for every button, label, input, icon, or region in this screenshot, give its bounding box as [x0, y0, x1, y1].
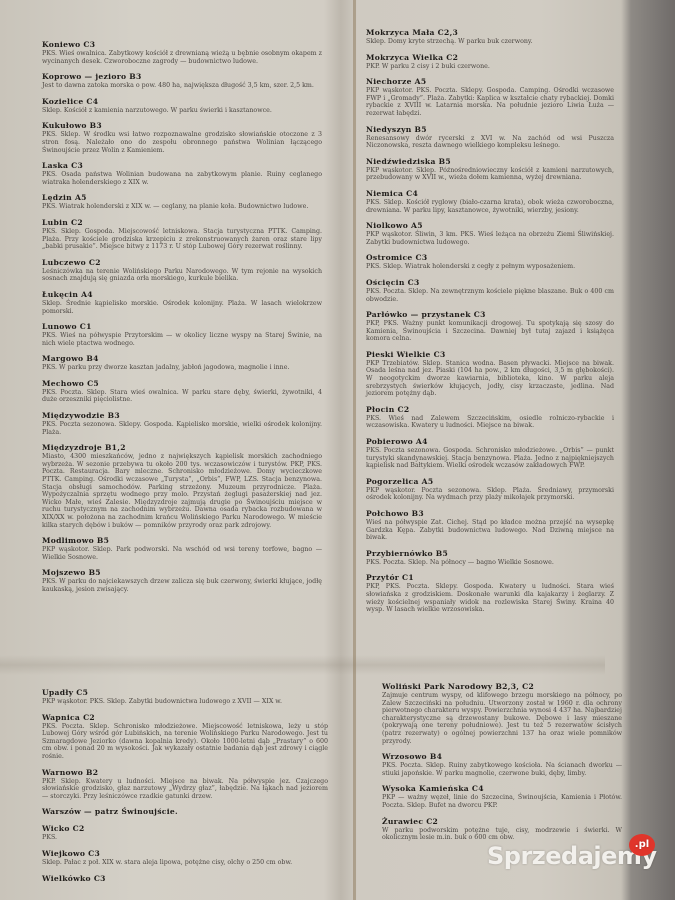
entry-place-name: Wapnica C2 [42, 713, 328, 723]
gazetteer-entry: Modlimowo B5PKP wąskotor. Sklep. Park po… [42, 536, 322, 561]
gazetteer-entry: Parłówko — przystanek C3PKP, PKS. Ważny … [366, 310, 614, 343]
gazetteer-entry: Lunowo C1PKS. Wieś na półwyspie Przytors… [42, 322, 322, 347]
entry-place-name: Mokrzyca Mała C2,3 [366, 28, 614, 38]
entry-description: PKS. Sklep. Wiatrak holenderski z cegły … [366, 263, 614, 271]
entry-place-name: Mokrzyca Wielka C2 [366, 53, 614, 63]
entry-place-name: Kozielice C4 [42, 97, 322, 107]
entry-place-name: Niechorze A5 [366, 77, 614, 87]
gazetteer-column-left-bottom: Upadły C5PKP wąskotor. PKS. Sklep. Zabyt… [42, 688, 328, 891]
entry-description: PKS. Wieś owalnica. Zabytkowy kościół z … [42, 50, 322, 65]
entry-description: PKS. Poczta sezonowa. Gospoda. Schronisk… [366, 447, 614, 470]
gazetteer-entry: Międzywodzie B3PKS. Poczta sezonowa. Skl… [42, 411, 322, 436]
gazetteer-entry: Kozielice C4Sklep. Kościół z kamienia na… [42, 97, 322, 115]
entry-description: PKS. Sklep. Gospoda. Miejscowość letnisk… [42, 228, 322, 251]
entry-place-name: Wicko C2 [42, 824, 328, 834]
gazetteer-entry: Pieski Wielkie C3PKP Trzebiatów. Sklep. … [366, 350, 614, 398]
entry-description: PKP wąskotor. PKS. Sklep. Zabytki budown… [42, 698, 328, 706]
entry-place-name: Warszów — patrz Świnoujście. [42, 807, 328, 817]
entry-description: PKP. W parku 2 cisy i 2 buki czerwone. [366, 63, 614, 71]
gazetteer-entry: Niemica C4PKS. Sklep. Kościół ryglowy (b… [366, 189, 614, 214]
entry-description: PKP wąskotor. Sklep. Późnośredniowieczny… [366, 167, 614, 182]
horizontal-fold-line [0, 655, 605, 675]
entry-place-name: Modlimowo B5 [42, 536, 322, 546]
entry-description: PKP wąskotor. Sklep. Park podworski. Na … [42, 546, 322, 561]
entry-place-name: Margowo B4 [42, 354, 322, 364]
entry-description: Sklep. Pałac z poł. XIX w. stara aleja l… [42, 859, 328, 867]
gazetteer-entry: Woliński Park Narodowy B2,3, C2Zajmuje c… [382, 682, 622, 745]
gazetteer-entry: Pogorzelica A5PKP wąskotor. Poczta sezon… [366, 477, 614, 502]
entry-place-name: Niedyszyn B5 [366, 125, 614, 135]
gazetteer-entry: Międzyzdroje B1,2Miasto, 4300 mieszkańcó… [42, 443, 322, 529]
gazetteer-entry: Niolkowo A5PKP wąskotor. Śliwin, 3 km. P… [366, 221, 614, 246]
entry-place-name: Wiejkowo C3 [42, 849, 328, 859]
entry-description: PKP — ważny węzeł, linie do Szczecina, Ś… [382, 794, 622, 809]
gazetteer-entry: Lubczewo C2Leśniczówka na terenie Wolińs… [42, 258, 322, 283]
watermark-badge: .pl [629, 834, 655, 856]
entry-description: PKS. Wieś nad Zalewem Szczecińskim, osie… [366, 415, 614, 430]
gazetteer-column-right-bottom: Woliński Park Narodowy B2,3, C2Zajmuje c… [382, 682, 622, 849]
entry-place-name: Parłówko — przystanek C3 [366, 310, 614, 320]
entry-place-name: Przybiernówko B5 [366, 549, 614, 559]
entry-description: PKS. Poczta sezonowa. Sklepy. Gospoda. K… [42, 421, 322, 436]
entry-place-name: Lubczewo C2 [42, 258, 322, 268]
gazetteer-column-left-top: Koniewo C3PKS. Wieś owalnica. Zabytkowy … [42, 40, 322, 601]
gazetteer-entry: Żurawiec C2W parku podworskim potężne tu… [382, 817, 622, 842]
gazetteer-entry: Margowo B4PKS. W parku przy dworze kaszt… [42, 354, 322, 372]
gazetteer-entry: Mojszewo B5PKS. W parku do najciekawszyc… [42, 568, 322, 593]
gazetteer-entry: Upadły C5PKP wąskotor. PKS. Sklep. Zabyt… [42, 688, 328, 706]
entry-place-name: Koniewo C3 [42, 40, 322, 50]
gazetteer-entry: Koprowo — jezioro B3Jest to dawna zatoka… [42, 72, 322, 90]
gazetteer-entry: Laska C3PKS. Osada państwa Wolinian budo… [42, 161, 322, 186]
entry-description: Leśniczówka na terenie Wolińskiego Parku… [42, 268, 322, 283]
entry-place-name: Płocin C2 [366, 405, 614, 415]
entry-place-name: Laska C3 [42, 161, 322, 171]
entry-place-name: Niemica C4 [366, 189, 614, 199]
entry-description: PKS. Sklep. Kościół ryglowy (biało-czarn… [366, 199, 614, 214]
gazetteer-entry: Wrzosowo B4PKS. Poczta. Sklep. Ruiny zab… [382, 752, 622, 777]
entry-place-name: Międzyzdroje B1,2 [42, 443, 322, 453]
gazetteer-entry: Połchowo B3Wieś na półwyspie Zat. Cichej… [366, 509, 614, 542]
entry-place-name: Kukułowo B3 [42, 121, 322, 131]
gazetteer-entry: Wicko C2PKS. [42, 824, 328, 842]
gazetteer-entry: Wapnica C2PKS. Poczta. Sklep. Schronisko… [42, 713, 328, 761]
vertical-fold-line [353, 0, 356, 900]
entry-place-name: Wysoka Kamieńska C4 [382, 784, 622, 794]
entry-description: Wieś na półwyspie Zat. Cichej. Stąd po k… [366, 519, 614, 542]
entry-description: PKS. [42, 834, 328, 842]
entry-description: PKS. Poczta. Sklep. Stara wieś owalnica.… [42, 389, 322, 404]
gazetteer-entry: Ostromice C3PKS. Sklep. Wiatrak holender… [366, 253, 614, 271]
gazetteer-entry: Mokrzyca Wielka C2PKP. W parku 2 cisy i … [366, 53, 614, 71]
entry-description: PKS. Poczta. Sklep. Ruiny zabytkowego ko… [382, 762, 622, 777]
gazetteer-entry: Lubin C2PKS. Sklep. Gospoda. Miejscowość… [42, 218, 322, 251]
gazetteer-entry: Niechorze A5PKP wąskotor. PKS. Poczta. S… [366, 77, 614, 117]
entry-place-name: Połchowo B3 [366, 509, 614, 519]
entry-description: Jest to dawna zatoka morska o pow. 480 h… [42, 82, 322, 90]
entry-description: PKS. W parku do najciekawszych drzew zal… [42, 578, 322, 593]
entry-place-name: Międzywodzie B3 [42, 411, 322, 421]
entry-description: PKS. Sklep. W środku wsi łatwo rozpoznaw… [42, 131, 322, 154]
entry-description: W parku podworskim potężne tuje, cisy, m… [382, 827, 622, 842]
entry-place-name: Mechowo C5 [42, 379, 322, 389]
entry-place-name: Warnowo B2 [42, 768, 328, 778]
entry-description: Miasto, 4300 mieszkańców, jedno z najwię… [42, 453, 322, 529]
entry-place-name: Przytór C1 [366, 573, 614, 583]
gazetteer-entry: Pobierowo A4PKS. Poczta sezonowa. Gospod… [366, 437, 614, 470]
gazetteer-entry: Łukęcin A4Sklep. Średnie kąpielisko mors… [42, 290, 322, 315]
gazetteer-entry: Niedźwiedziska B5PKP wąskotor. Sklep. Pó… [366, 157, 614, 182]
gazetteer-entry: Lędzin A5PKS. Wiatrak holenderski z XIX … [42, 193, 322, 211]
entry-description: PKP, PKS. Ważny punkt komunikacji drogow… [366, 320, 614, 343]
entry-description: PKS. W parku przy dworze kasztan jadalny… [42, 364, 322, 372]
entry-place-name: Lędzin A5 [42, 193, 322, 203]
entry-description: Sklep. Domy kryte strzechą. W parku buk … [366, 38, 614, 46]
entry-description: PKS. Poczta. Sklep. Schronisko młodzieżo… [42, 723, 328, 761]
entry-description: Sklep. Kościół z kamienia narzutowego. W… [42, 107, 322, 115]
entry-place-name: Mojszewo B5 [42, 568, 322, 578]
gazetteer-entry: Płocin C2PKS. Wieś nad Zalewem Szczecińs… [366, 405, 614, 430]
entry-place-name: Woliński Park Narodowy B2,3, C2 [382, 682, 622, 692]
entry-place-name: Pieski Wielkie C3 [366, 350, 614, 360]
entry-description: PKS. Poczta. Sklep. Na północy — bagno W… [366, 559, 614, 567]
entry-description: PKP. Sklep. Kwatery u ludności. Miejsce … [42, 778, 328, 801]
entry-description: Zajmuje centrum wyspy, od klifowego brze… [382, 692, 622, 745]
entry-description: PKS. Osada państwa Wolinian budowana na … [42, 171, 322, 186]
entry-place-name: Niedźwiedziska B5 [366, 157, 614, 167]
gazetteer-entry: Kukułowo B3PKS. Sklep. W środku wsi łatw… [42, 121, 322, 154]
entry-place-name: Łukęcin A4 [42, 290, 322, 300]
gazetteer-entry: Przybiernówko B5PKS. Poczta. Sklep. Na p… [366, 549, 614, 567]
gazetteer-entry: Wysoka Kamieńska C4PKP — ważny węzeł, li… [382, 784, 622, 809]
gazetteer-entry: Niedyszyn B5Renesansowy dwór rycerski z … [366, 125, 614, 150]
entry-description: Renesansowy dwór rycerski z XVI w. Na za… [366, 135, 614, 150]
entry-description: PKS. Wieś na półwyspie Przytorskim — w o… [42, 332, 322, 347]
entry-place-name: Lubin C2 [42, 218, 322, 228]
gazetteer-entry: Mokrzyca Mała C2,3Sklep. Domy kryte strz… [366, 28, 614, 46]
entry-description: Sklep. Średnie kąpielisko morskie. Ośrod… [42, 300, 322, 315]
entry-place-name: Ościęcin C3 [366, 278, 614, 288]
entry-description: PKS. Poczta. Sklep. Na zewnętrznym kości… [366, 288, 614, 303]
entry-description: PKP, PKS. Poczta. Sklepy. Gospoda. Kwate… [366, 583, 614, 613]
entry-place-name: Wrzosowo B4 [382, 752, 622, 762]
entry-place-name: Upadły C5 [42, 688, 328, 698]
gazetteer-entry: Wiejkowo C3Sklep. Pałac z poł. XIX w. st… [42, 849, 328, 867]
gazetteer-entry: Koniewo C3PKS. Wieś owalnica. Zabytkowy … [42, 40, 322, 65]
gazetteer-entry: Mechowo C5PKS. Poczta. Sklep. Stara wieś… [42, 379, 322, 404]
entry-description: PKP wąskotor. Poczta sezonowa. Sklep. Pl… [366, 487, 614, 502]
entry-place-name: Koprowo — jezioro B3 [42, 72, 322, 82]
gazetteer-entry: Przytór C1PKP, PKS. Poczta. Sklepy. Gosp… [366, 573, 614, 613]
gazetteer-entry: Wielkówko C3 [42, 874, 328, 884]
gazetteer-entry: Warnowo B2PKP. Sklep. Kwatery u ludności… [42, 768, 328, 801]
gazetteer-entry: Ościęcin C3PKS. Poczta. Sklep. Na zewnęt… [366, 278, 614, 303]
entry-description: PKP Trzebiatów. Sklep. Stanica wodna. Ba… [366, 360, 614, 398]
entry-place-name: Wielkówko C3 [42, 874, 328, 884]
entry-place-name: Pogorzelica A5 [366, 477, 614, 487]
folded-brochure-page: Koniewo C3PKS. Wieś owalnica. Zabytkowy … [0, 0, 675, 900]
gazetteer-column-right-top: Mokrzyca Mała C2,3Sklep. Domy kryte strz… [366, 28, 614, 621]
entry-place-name: Pobierowo A4 [366, 437, 614, 447]
watermark-logo: Sprzedajemy .pl [487, 842, 657, 870]
entry-place-name: Niolkowo A5 [366, 221, 614, 231]
entry-place-name: Ostromice C3 [366, 253, 614, 263]
entry-place-name: Lunowo C1 [42, 322, 322, 332]
gazetteer-entry: Warszów — patrz Świnoujście. [42, 807, 328, 817]
entry-description: PKP wąskotor. PKS. Poczta. Sklepy. Gospo… [366, 87, 614, 117]
entry-description: PKS. Wiatrak holenderski z XIX w. — cegl… [42, 203, 322, 211]
entry-description: PKP wąskotor. Śliwin, 3 km. PKS. Wieś le… [366, 231, 614, 246]
entry-place-name: Żurawiec C2 [382, 817, 622, 827]
